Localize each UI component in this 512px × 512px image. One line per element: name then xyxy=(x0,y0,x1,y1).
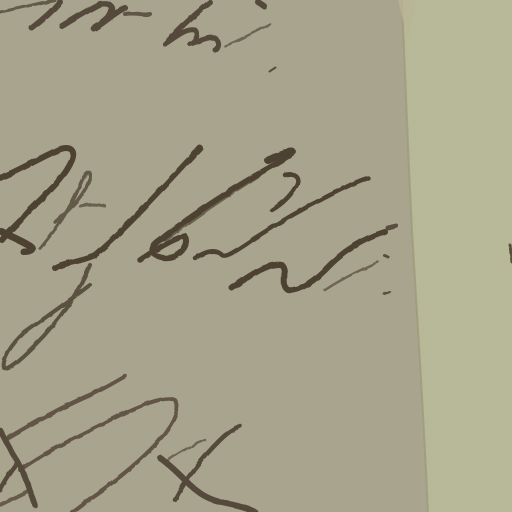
manuscript-photo: ...hrin.. ...bhd... ...x... xyxy=(0,0,512,512)
paper-and-ink-layer xyxy=(0,0,512,512)
